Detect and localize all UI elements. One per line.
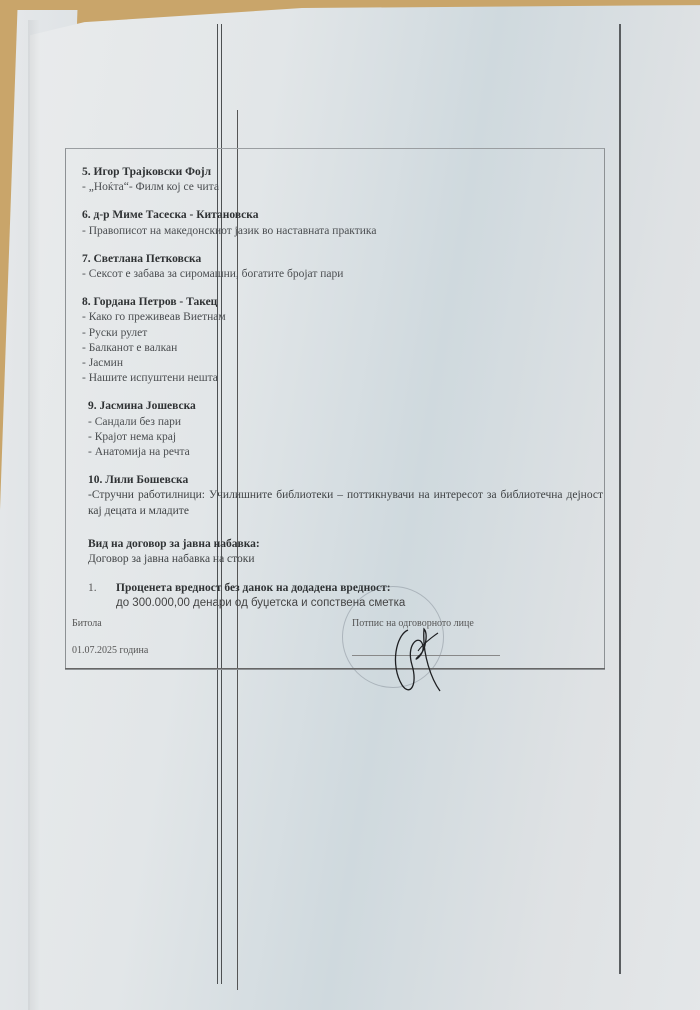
entry-item: Правописот на македонскиот јазик во наст… — [82, 224, 622, 239]
entry-heading: 6. д-р Миме Тасеска - Китановска — [82, 208, 622, 223]
estimate-number: 1. — [88, 581, 102, 611]
entry-heading: 5. Игор Трајковски Фојл — [82, 165, 622, 180]
entry-heading: 8. Гордана Петров - Такец — [82, 295, 622, 310]
entry-heading: 10. Лили Бошевска — [88, 473, 622, 488]
entry-author-9: 9. Јасмина Јошевска Сандали без пари Кра… — [82, 399, 622, 460]
contract-type-title: Вид на договор за јавна набавка: — [88, 537, 622, 552]
estimate-title: Проценета вредност без данок на додадена… — [116, 581, 405, 596]
entry-item: Јасмин — [82, 356, 622, 371]
entry-author-5: 5. Игор Трајковски Фојл „Ноќта“- Филм ко… — [82, 165, 622, 195]
paper-fold-shadow — [28, 20, 40, 1010]
entry-item: Балканот е валкан — [82, 341, 622, 356]
entry-author-6: 6. д-р Миме Тасеска - Китановска Правопи… — [82, 208, 622, 238]
entry-item: Сандали без пари — [88, 415, 622, 430]
entry-author-7: 7. Светлана Петковска Сексот е забава за… — [82, 252, 622, 282]
contract-type-section: Вид на договор за јавна набавка: Договор… — [82, 537, 622, 612]
entry-author-8: 8. Гордана Петров - Такец Како го прежив… — [82, 295, 622, 386]
entry-paragraph: -Стручни работилници: Училишните библиот… — [88, 488, 603, 518]
handwritten-signature — [388, 625, 448, 695]
date: 01.07.2025 година — [72, 645, 148, 656]
entry-item: Анатомија на речта — [88, 445, 622, 460]
entry-item: Како го преживеав Виетнам — [82, 310, 622, 325]
entry-item: „Ноќта“- Филм кој се чита — [82, 180, 622, 195]
entry-item: Руски рулет — [82, 326, 622, 341]
entry-heading: 7. Светлана Петковска — [82, 252, 622, 267]
footer-left: Битола 01.07.2025 година — [72, 618, 148, 672]
city: Битола — [72, 618, 148, 629]
entry-heading: 9. Јасмина Јошевска — [88, 399, 622, 414]
entry-item: Крајот нема крај — [88, 430, 622, 445]
document-body: 5. Игор Трајковски Фојл „Ноќта“- Филм ко… — [82, 165, 622, 625]
frame-bottom-line — [65, 668, 605, 669]
entry-item: Сексот е забава за сиромашни, богатите б… — [82, 267, 622, 282]
entry-item: Нашите испуштени нешта — [82, 371, 622, 386]
contract-type-value: Договор за јавна набавка на стоки — [88, 552, 622, 567]
entry-author-10: 10. Лили Бошевска -Стручни работилници: … — [82, 473, 622, 519]
